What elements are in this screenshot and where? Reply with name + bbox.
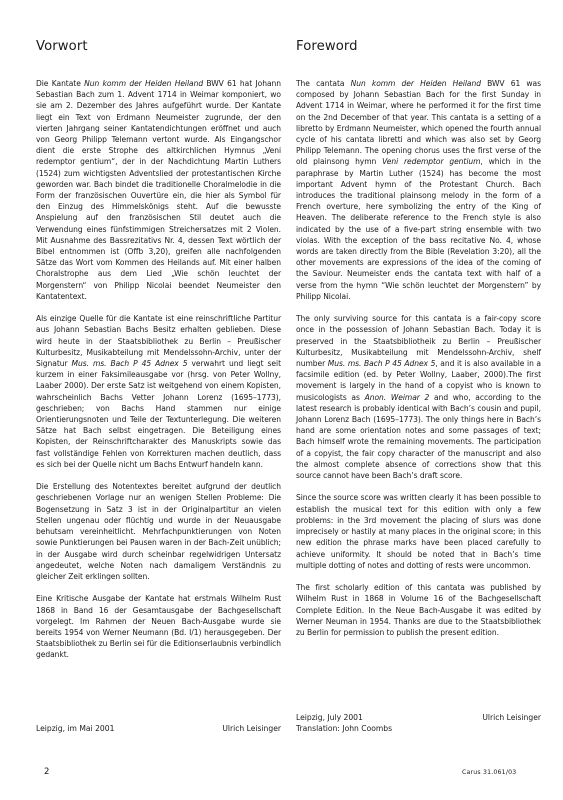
text: The cantata [296, 79, 351, 88]
text: Die Kantate [36, 79, 84, 88]
text: The first scholarly edition of this cant… [296, 583, 541, 637]
paragraph: The only surviving source for this canta… [296, 313, 541, 481]
page-number: 2 [44, 767, 49, 777]
text: verwahrt und liegt seit kurzem in einer … [36, 359, 281, 469]
text: and who, according to the latest researc… [296, 393, 541, 480]
place-date: Leipzig, July 2001 [296, 712, 363, 723]
text: Since the source score was written clear… [296, 493, 541, 569]
shelf-number: Mus. ms. Bach P 45 Adnex 5 [328, 359, 436, 368]
text: BWV 61 was composed by Johann Sebastian … [296, 79, 541, 166]
text: , which in the paraphrase by Martin Luth… [296, 157, 541, 300]
work-title: Nun komm der Heiden Heiland [351, 79, 481, 88]
hymn-title: Veni redemptor gentium [382, 157, 480, 166]
heading-foreword: Foreword [296, 39, 358, 54]
shelf-number: Mus. ms. Bach P 45 Adnex 5 [72, 359, 188, 368]
german-signature: Leipzig, im Mai 2001 Ulrich Leisinger [36, 723, 281, 734]
work-title: Nun komm der Heiden Heiland [84, 79, 203, 88]
english-signature: Leipzig, July 2001 Ulrich Leisinger Tran… [296, 712, 541, 734]
text: BWV 61 hat Johann Sebastian Bach zum 1. … [36, 79, 281, 301]
paragraph: The first scholarly edition of this cant… [296, 582, 541, 638]
copyist-name: Anon. Weimar 2 [365, 393, 430, 402]
text: Eine Kritische Ausgabe der Kantate hat e… [36, 594, 281, 659]
catalog-number: Carus 31.061/03 [462, 769, 516, 776]
author: Ulrich Leisinger [222, 723, 281, 734]
text: Die Erstellung des Notentextes bereitet … [36, 482, 281, 581]
english-body: The cantata Nun komm der Heiden Heiland … [296, 78, 541, 649]
author: Ulrich Leisinger [482, 712, 541, 723]
paragraph: Die Kantate Nun komm der Heiden Heiland … [36, 78, 281, 302]
german-body: Die Kantate Nun komm der Heiden Heiland … [36, 78, 281, 672]
translator: Translation: John Coombs [296, 723, 392, 734]
paragraph: The cantata Nun komm der Heiden Heiland … [296, 78, 541, 302]
paragraph: Eine Kritische Ausgabe der Kantate hat e… [36, 593, 281, 660]
heading-vorwort: Vorwort [36, 39, 88, 54]
place-date: Leipzig, im Mai 2001 [36, 723, 114, 734]
paragraph: Als einzige Quelle für die Kantate ist e… [36, 313, 281, 470]
paragraph: Die Erstellung des Notentextes bereitet … [36, 481, 281, 582]
paragraph: Since the source score was written clear… [296, 492, 541, 570]
